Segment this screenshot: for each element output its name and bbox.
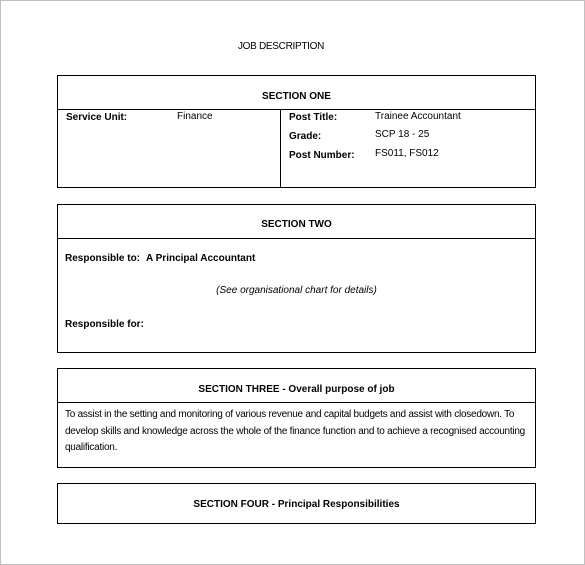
org-chart-note: (See organisational chart for details) [58, 285, 535, 296]
post-title-value: Trainee Accountant [375, 111, 461, 122]
section-one: SECTION ONE Service Unit: Finance Post T… [57, 75, 536, 188]
grade-value: SCP 18 - 25 [375, 129, 429, 140]
column-divider [280, 110, 281, 187]
document-title: JOB DESCRIPTION [1, 41, 561, 52]
responsible-to-label: Responsible to: [65, 253, 140, 264]
responsible-to-value: A Principal Accountant [146, 253, 255, 264]
post-number-label: Post Number: [289, 150, 355, 161]
service-unit-value: Finance [177, 111, 213, 122]
section-one-heading: SECTION ONE [58, 76, 535, 110]
service-unit-label: Service Unit: [66, 112, 127, 123]
grade-label: Grade: [289, 131, 321, 142]
section-four: SECTION FOUR - Principal Responsibilitie… [57, 483, 536, 524]
post-number-value: FS011, FS012 [375, 148, 439, 159]
responsible-for-label: Responsible for: [65, 319, 144, 330]
section-two-heading: SECTION TWO [58, 205, 535, 239]
section-four-heading: SECTION FOUR - Principal Responsibilitie… [58, 484, 535, 523]
post-title-label: Post Title: [289, 112, 337, 123]
job-purpose-text: To assist in the setting and monitoring … [65, 407, 525, 457]
section-three-heading: SECTION THREE - Overall purpose of job [58, 369, 535, 403]
section-three: SECTION THREE - Overall purpose of job T… [57, 368, 536, 468]
section-two: SECTION TWO Responsible to: A Principal … [57, 204, 536, 353]
document-page: JOB DESCRIPTION SECTION ONE Service Unit… [0, 0, 585, 565]
